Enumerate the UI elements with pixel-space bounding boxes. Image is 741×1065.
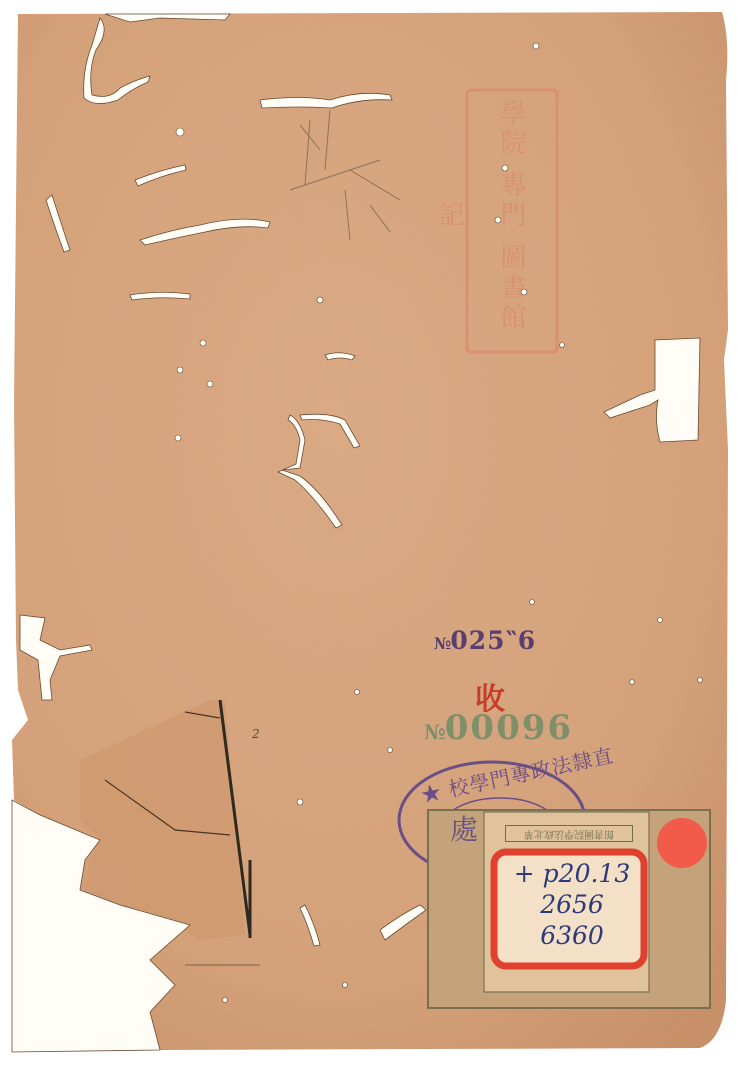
document-page: 學院 專門 圖書館 記 №025‶6 收 №00096 ★ 校學門專政法隸直 處…	[0, 0, 741, 1065]
call-number-line: 6360	[502, 920, 642, 951]
call-number: + p20.13 2656 6360	[502, 858, 642, 951]
label-header-text: 館書圖院學法政北華	[505, 825, 633, 842]
call-number-line: 2656	[502, 889, 642, 920]
school-seal-inner-text: 處	[450, 808, 478, 848]
serial-prefix: №	[434, 634, 450, 653]
call-number-line: + p20.13	[502, 858, 642, 889]
library-seal-text: 學院 專門 圖書館 記	[480, 98, 542, 334]
serial-value: 00096	[445, 708, 573, 748]
serial-value: 025‶6	[450, 626, 536, 655]
red-dot	[657, 818, 707, 868]
margin-note: 2	[252, 727, 260, 741]
serial-number-top: №025‶6	[434, 626, 536, 655]
serial-number-bottom: №00096	[424, 708, 573, 748]
serial-prefix: №	[424, 720, 445, 744]
star-icon: ★	[419, 780, 445, 808]
